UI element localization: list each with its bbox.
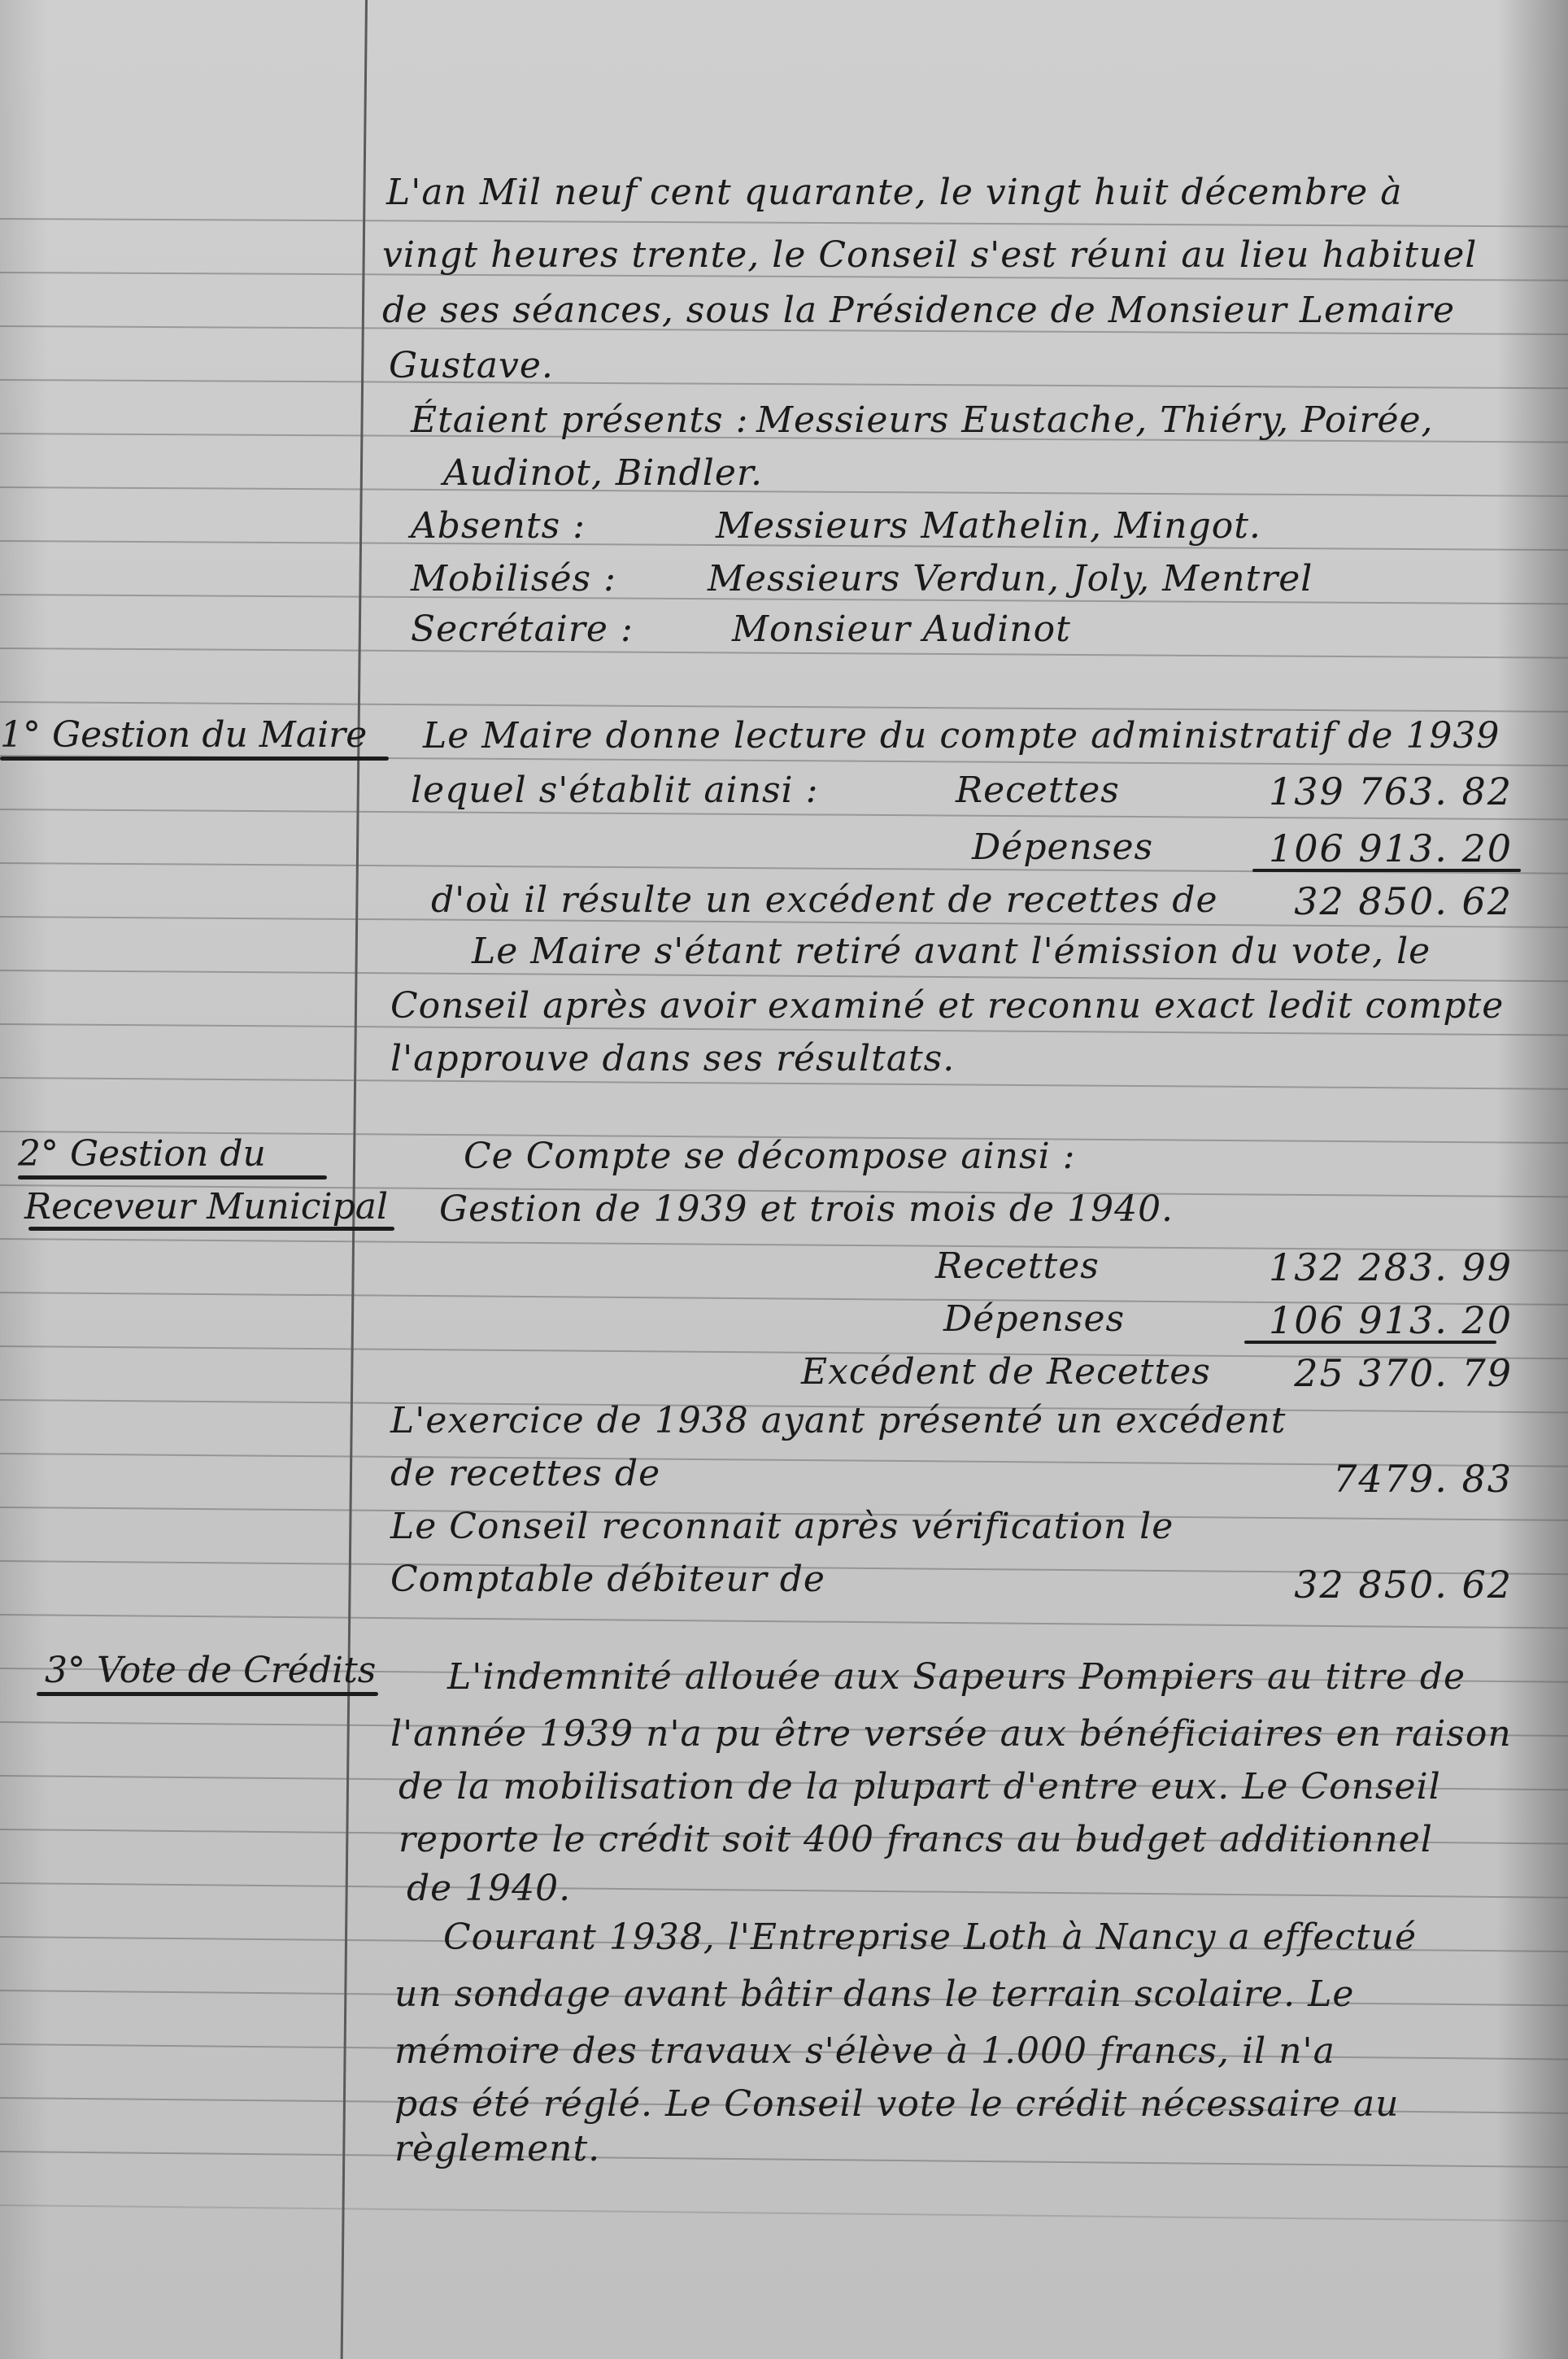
section-3-p1-line-4: reporte le crédit soit 400 francs au bud… [399,1822,1433,1858]
section-2-prior-line-2: de recettes de [390,1456,660,1492]
section-2-conclusion-line-2: Comptable débiteur de [390,1562,825,1598]
section-2-ledger-label-recettes: Recettes [935,1249,1100,1284]
section-2-intro-line-2: Gestion de 1939 et trois mois de 1940. [439,1192,1174,1227]
section-3-p1-line-1: L'indemnité allouée aux Sapeurs Pompiers… [447,1659,1466,1695]
section-1-closing-line-1: Le Maire s'étant retiré avant l'émission… [472,934,1431,970]
section-1-heading: 1° Gestion du Maire [0,716,367,755]
section-3-p2-line-1: Courant 1938, l'Entreprise Loth à Nancy … [443,1920,1417,1956]
opening-line-2: vingt heures trente, le Conseil s'est ré… [382,238,1477,273]
section-2-conclusion-line-1: Le Conseil reconnait après vérification … [390,1509,1174,1545]
attendance-absent-label: Absents : [411,508,586,544]
ruled-line [0,379,1568,389]
ruled-line [0,2204,1568,2222]
section-3-p2-line-2: un sondage avant bâtir dans le terrain s… [394,1977,1354,2012]
ruled-line [0,1614,1568,1629]
section-2-heading-line-2: Receveur Municipal [24,1188,388,1227]
section-1-intro-line-1: Le Maire donne lecture du compte adminis… [423,718,1500,754]
section-3-p2-line-4: pas été réglé. Le Conseil vote le crédit… [394,2086,1399,2122]
attendance-mobilised-names: Messieurs Verdun, Joly, Mentrel [708,561,1313,597]
ruled-line [0,701,1568,713]
section-1-ledger-amount-recettes: 139 763. 82 [1252,773,1513,810]
ruled-line [0,486,1568,497]
attendance-present-names: Messieurs Eustache, Thiéry, Poirée, [756,403,1434,438]
attendance-present-continuation: Audinot, Bindler. [443,456,763,491]
section-1-ledger-amount-depenses: 106 913. 20 [1252,830,1513,867]
section-2-heading-line-1: 2° Gestion du [18,1135,266,1174]
section-1-ledger-label-depenses: Dépenses [972,830,1153,866]
section-2-prior-line-1: L'exercice de 1938 ayant présenté un exc… [390,1403,1286,1439]
section-2-heading-underline-2 [28,1227,394,1231]
section-2-ledger-amount-recettes: 132 283. 99 [1252,1249,1513,1286]
attendance-mobilised-label: Mobilisés : [411,561,616,597]
section-3-p1-line-2: l'année 1939 n'a pu être versée aux béné… [390,1716,1512,1752]
attendance-secretary-label: Secrétaire : [411,612,634,648]
section-2-ledger-label-excedent: Excédent de Recettes [801,1354,1211,1390]
section-3-p1-line-3: de la mobilisation de la plupart d'entre… [399,1769,1441,1805]
section-1-intro-line-2: lequel s'établit ainsi : [411,773,818,809]
section-1-sum-line [1252,869,1521,872]
attendance-present-label: Étaient présents : [411,403,748,438]
ruled-line [0,2151,1568,2168]
section-1-heading-underline [0,757,389,761]
opening-line-4: Gustave. [389,348,554,384]
register-page: L'an Mil neuf cent quarante, le vingt hu… [0,0,1568,2359]
section-3-heading: 3° Vote de Crédits [45,1651,376,1690]
attendance-absent-names: Messieurs Mathelin, Mingot. [716,508,1261,544]
section-1-ledger-label-recettes: Recettes [956,773,1120,809]
attendance-secretary-names: Monsieur Audinot [732,612,1071,648]
section-2-intro-line-1: Ce Compte se décompose ainsi : [464,1139,1075,1175]
section-3-p1-line-5: de 1940. [407,1871,571,1907]
section-2-ledger-amount-excedent: 25 370. 79 [1252,1354,1513,1392]
opening-line-1: L'an Mil neuf cent quarante, le vingt hu… [386,175,1402,211]
section-2-ledger-label-depenses: Dépenses [943,1302,1125,1337]
section-1-result-amount: 32 850. 62 [1252,883,1513,920]
section-2-ledger-amount-depenses: 106 913. 20 [1252,1302,1513,1339]
section-2-prior-amount: 7479. 83 [1252,1460,1513,1498]
margin-line [341,0,368,2359]
section-3-p2-line-3: mémoire des travaux s'élève à 1.000 fran… [394,2034,1335,2069]
section-3-heading-underline [37,1692,378,1696]
section-3-p2-line-5: règlement. [394,2131,600,2167]
section-2-conclusion-amount: 32 850. 62 [1252,1566,1513,1603]
ruled-line [0,218,1568,228]
ruled-line [0,1882,1568,1899]
section-2-heading-underline-1 [18,1175,327,1179]
section-1-closing-line-2: Conseil après avoir examiné et reconnu e… [390,988,1504,1024]
section-2-sum-line [1244,1341,1496,1344]
section-1-closing-line-3: l'approuve dans ses résultats. [390,1041,955,1077]
section-1-result-label: d'où il résulte un excédent de recettes … [431,883,1218,918]
opening-line-3: de ses séances, sous la Présidence de Mo… [382,293,1455,329]
